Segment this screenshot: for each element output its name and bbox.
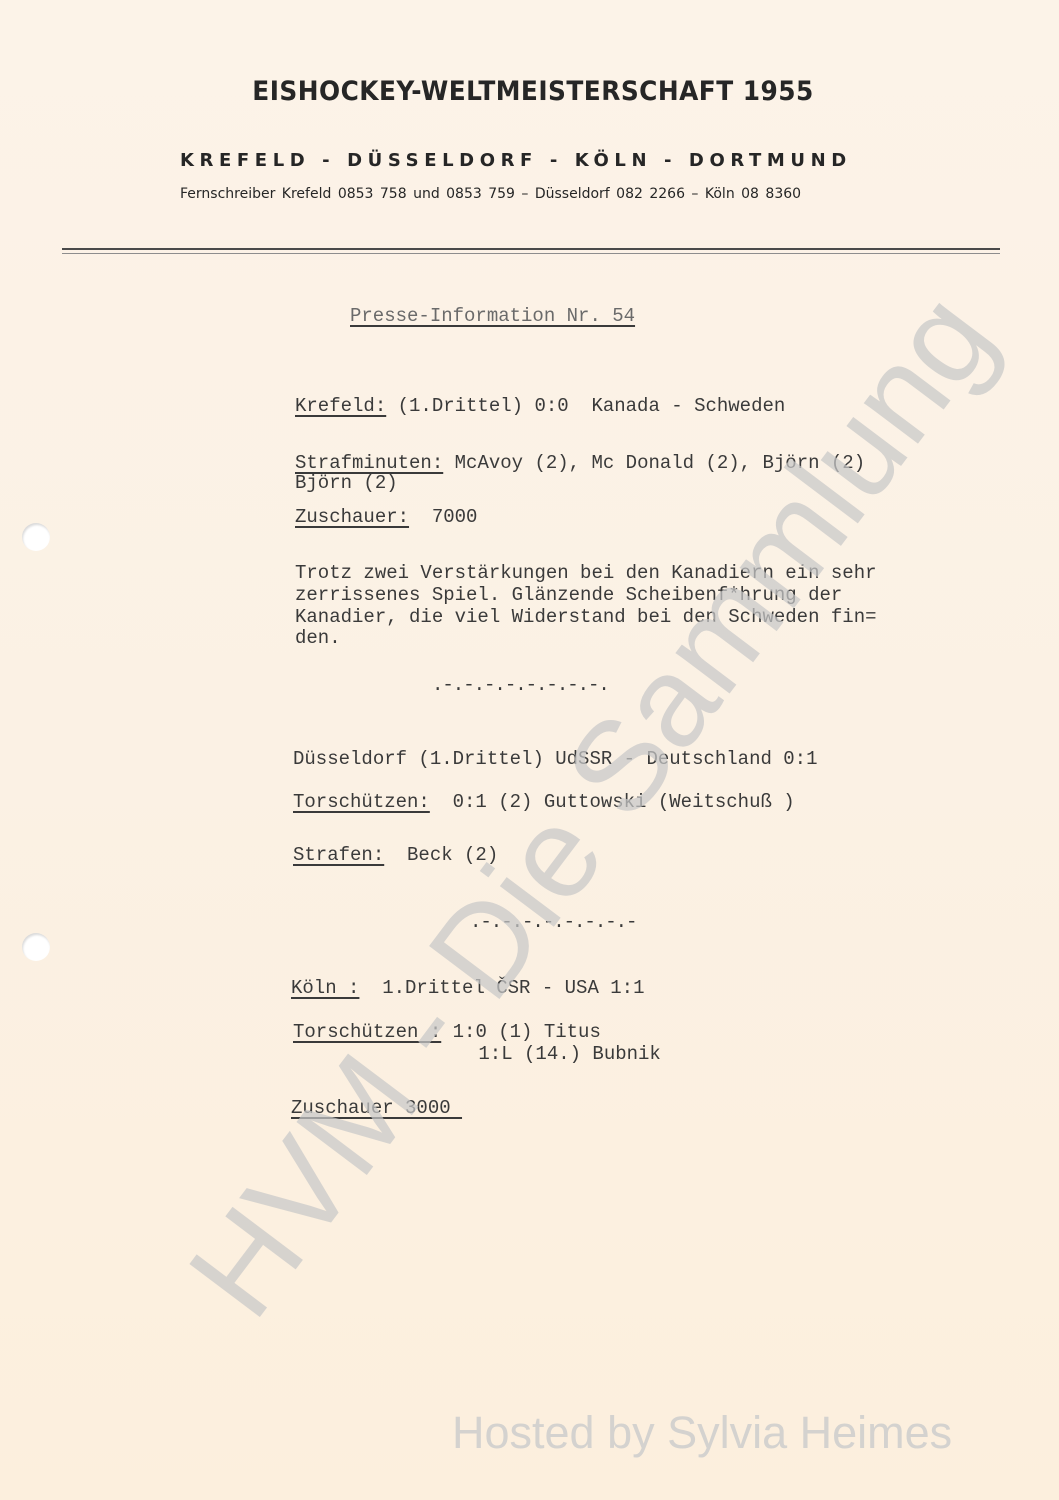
- krefeld-label: Krefeld:: [295, 395, 386, 417]
- krefeld-report-line: Trotz zwei Verstärkungen bei den Kanadie…: [295, 562, 877, 584]
- punch-hole-bottom: [22, 933, 50, 961]
- document-heading: Presse-Information Nr. 54: [350, 305, 635, 327]
- krefeld-report-line: den.: [295, 627, 341, 649]
- krefeld-spectators: 7000: [409, 506, 477, 528]
- krefeld-penalties-label: Strafminuten:: [295, 452, 443, 474]
- krefeld-report-line: zerrissenes Spiel. Glänzende Scheibenf*h…: [295, 584, 842, 606]
- krefeld-result: (1.Drittel) 0:0 Kanada - Schweden: [386, 395, 785, 417]
- koeln-scorer: 1:L (14.) Bubnik: [467, 1043, 661, 1065]
- divider-line-thin: [62, 253, 1000, 254]
- koeln-result-line: Köln : 1.Drittel ČSR - USA 1:1: [291, 977, 644, 999]
- duesseldorf-result: Düsseldorf (1.Drittel) UdSSR - Deutschla…: [293, 748, 818, 770]
- section-separator: .-.-.-.-.-.-.-.-.: [432, 674, 609, 696]
- koeln-scorers-label: Torschützen :: [293, 1021, 441, 1043]
- koeln-spectators: Zuschauer 3000: [291, 1097, 462, 1119]
- punch-hole-top: [22, 523, 50, 551]
- krefeld-spectators-label: Zuschauer:: [295, 506, 409, 528]
- krefeld-spectators-line: Zuschauer: 7000: [295, 506, 477, 528]
- divider-line: [62, 248, 1000, 250]
- duesseldorf-scorers: 0:1 (2) Guttowski (Weitschuß ): [430, 791, 795, 813]
- hosted-by-watermark: Hosted by Sylvia Heimes: [452, 1407, 952, 1459]
- duesseldorf-scorers-label: Torschützen:: [293, 791, 430, 813]
- document-page: EISHOCKEY-WELTMEISTERSCHAFT 1955 KREFELD…: [0, 0, 1059, 1500]
- section-separator: .-.-.-.-.-.-.-.-: [470, 911, 636, 933]
- letterhead-title: EISHOCKEY-WELTMEISTERSCHAFT 1955: [43, 76, 1024, 107]
- koeln-result: 1.Drittel ČSR - USA 1:1: [359, 977, 644, 999]
- krefeld-penalties-continued: Björn (2): [295, 472, 398, 494]
- krefeld-result-line: Krefeld: (1.Drittel) 0:0 Kanada - Schwed…: [295, 395, 785, 417]
- duesseldorf-penalties-label: Strafen:: [293, 844, 384, 866]
- koeln-scorer: 1:0 (1) Titus: [441, 1021, 601, 1043]
- krefeld-report-line: Kanadier, die viel Widerstand bei den Sc…: [295, 606, 877, 628]
- koeln-label: Köln :: [291, 977, 359, 999]
- koeln-scorers-line: Torschützen : 1:0 (1) Titus: [293, 1021, 601, 1043]
- letterhead-cities: KREFELD - DÜSSELDORF - KÖLN - DORTMUND: [180, 150, 890, 171]
- duesseldorf-penalties-line: Strafen: Beck (2): [293, 844, 498, 866]
- duesseldorf-scorers-line: Torschützen: 0:1 (2) Guttowski (Weitschu…: [293, 791, 795, 813]
- krefeld-penalties-line: Strafminuten: McAvoy (2), Mc Donald (2),…: [295, 452, 865, 474]
- letterhead-contact: Fernschreiber Krefeld 0853 758 und 0853 …: [180, 186, 890, 202]
- krefeld-penalties: McAvoy (2), Mc Donald (2), Björn (2): [443, 452, 865, 474]
- duesseldorf-penalties: Beck (2): [384, 844, 498, 866]
